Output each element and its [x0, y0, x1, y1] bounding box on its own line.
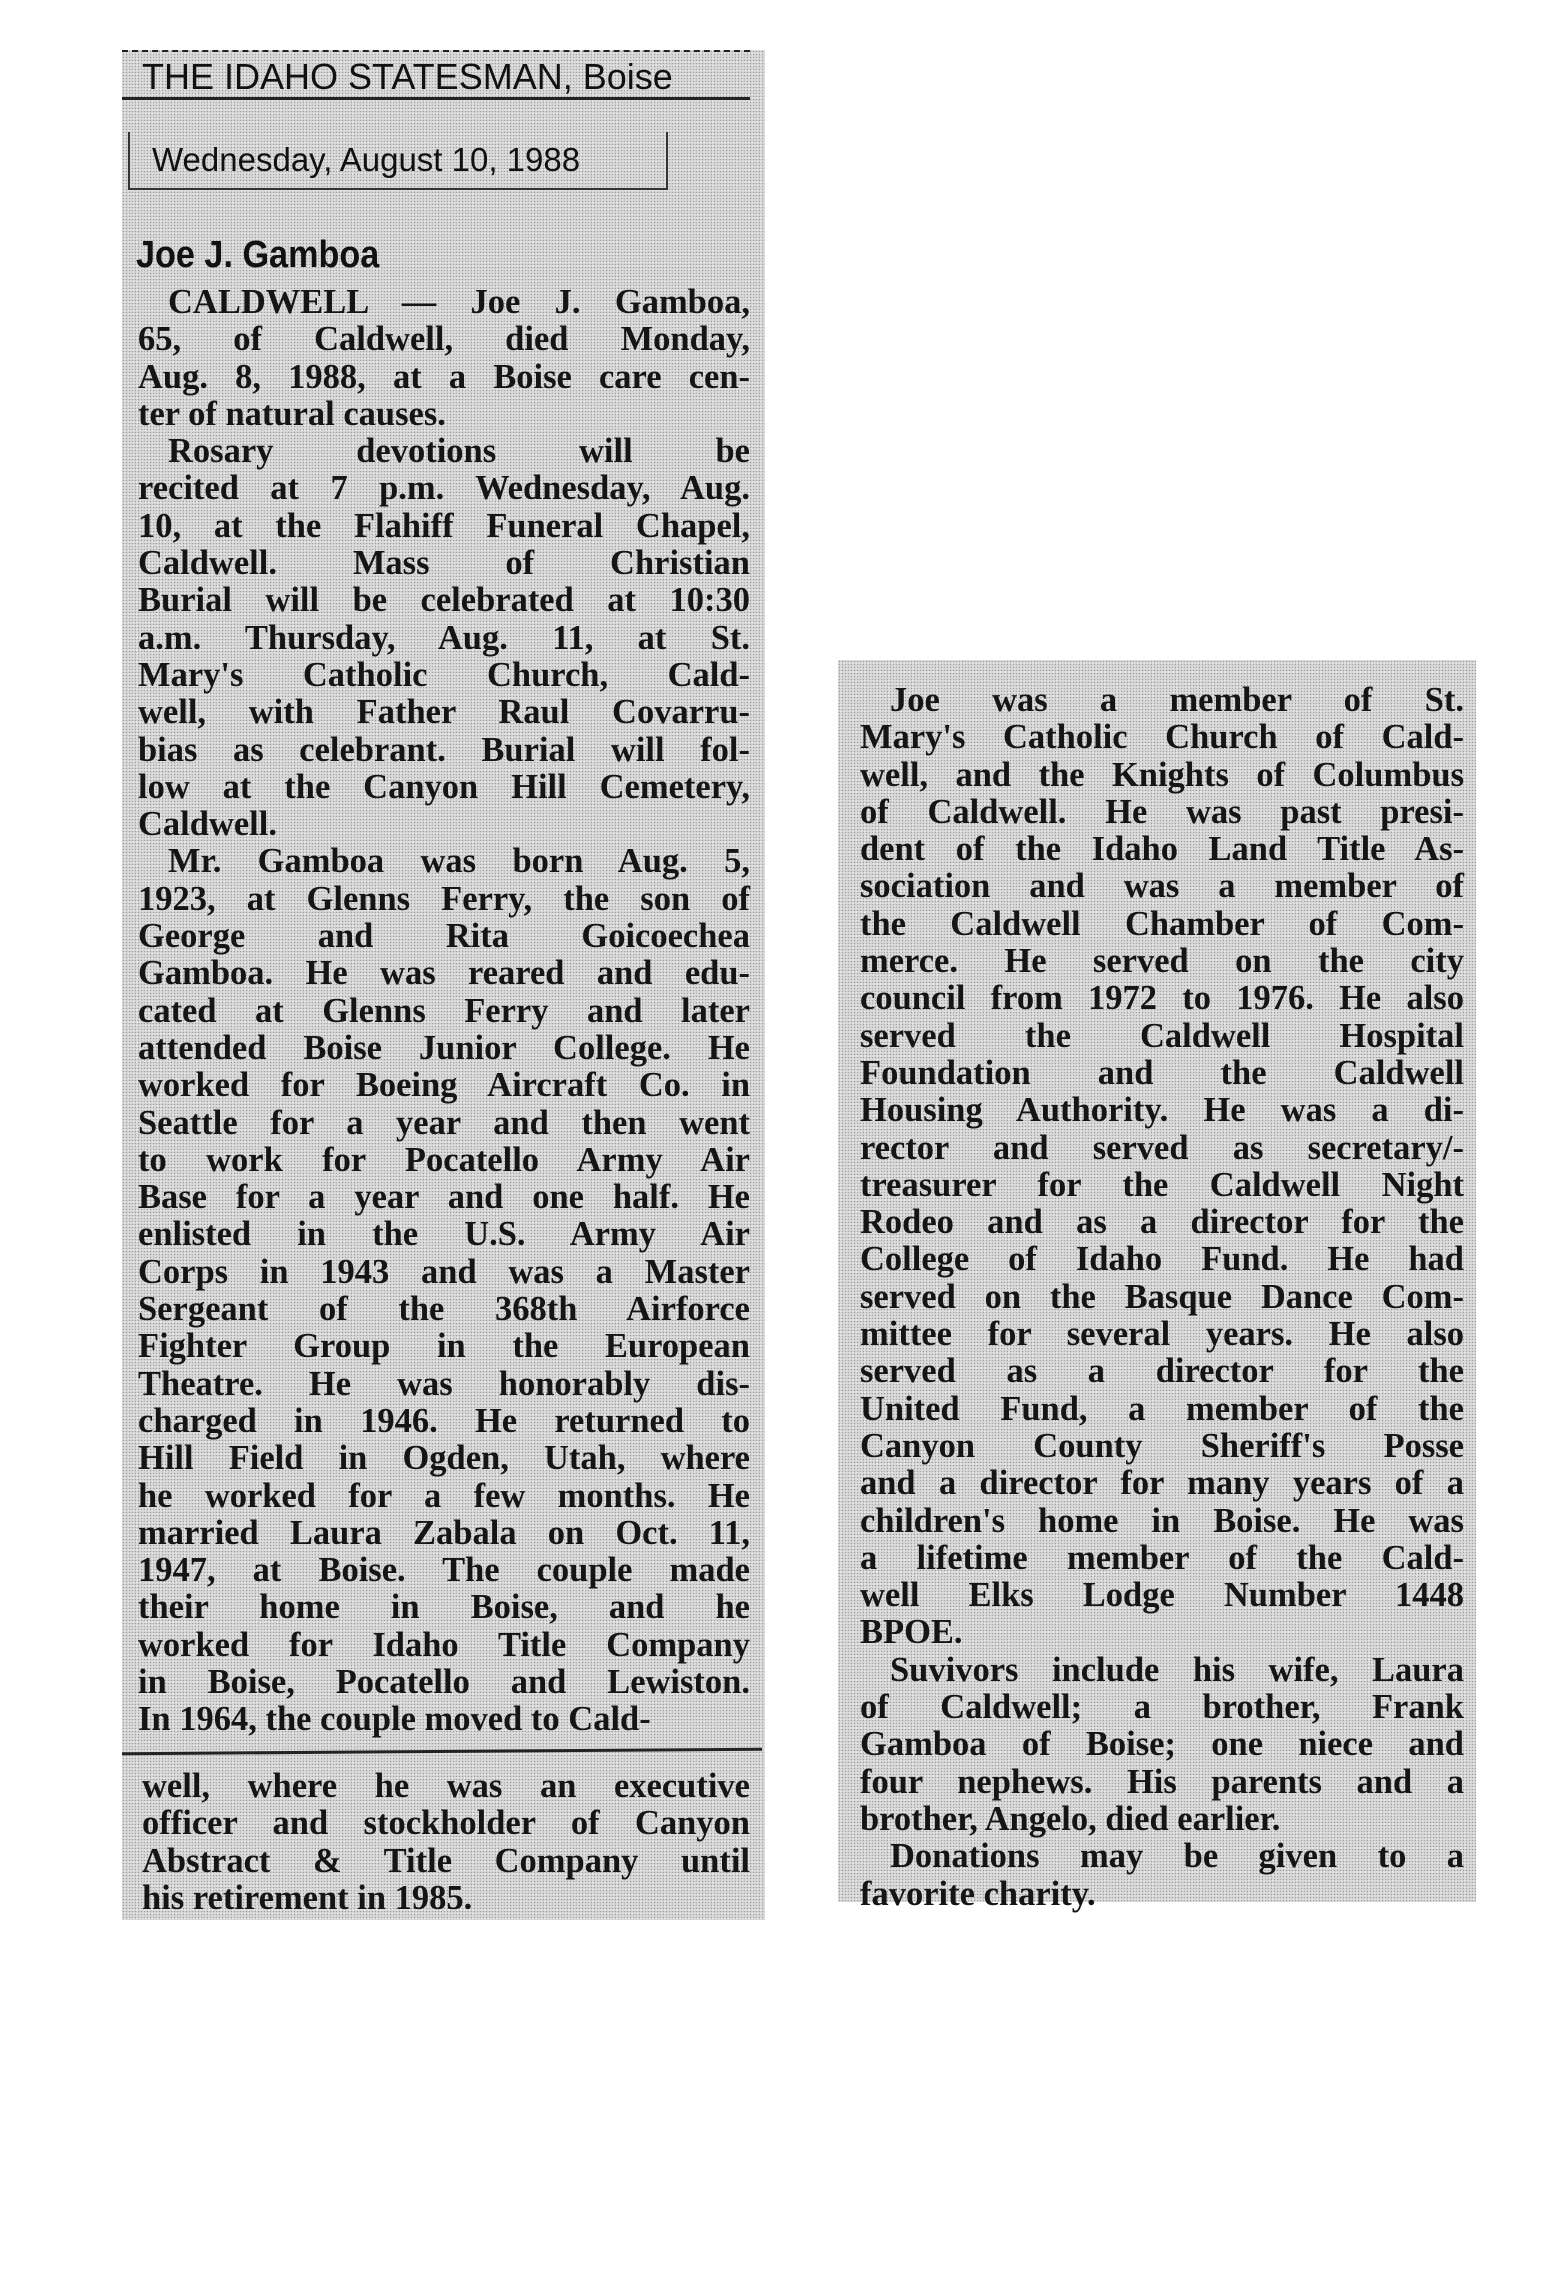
- text-line: Theatre. He was honorably dis-: [138, 1366, 750, 1403]
- text-line: CALDWELL — Joe J. Gamboa,: [138, 284, 750, 321]
- text-line: Gamboa. He was reared and edu-: [138, 955, 750, 992]
- text-line: enlisted in the U.S. Army Air: [138, 1216, 750, 1253]
- text-line: George and Rita Goicoechea: [138, 918, 750, 955]
- text-line: Rosary devotions will be: [138, 433, 750, 470]
- paragraph: Mr. Gamboa was born Aug. 5,1923, at Glen…: [138, 843, 750, 1738]
- text-line: Rodeo and as a director for the: [860, 1204, 1464, 1241]
- text-line: merce. He served on the city: [860, 943, 1464, 980]
- text-line: BPOE.: [860, 1614, 1464, 1651]
- text-line: served on the Basque Dance Com-: [860, 1279, 1464, 1316]
- paragraph: Donations may be given to afavorite char…: [860, 1838, 1464, 1913]
- text-line: sociation and was a member of: [860, 868, 1464, 905]
- obituary-body-left: CALDWELL — Joe J. Gamboa,65, of Caldwell…: [138, 284, 750, 1739]
- obituary-headline: Joe J. Gamboa: [136, 230, 379, 280]
- text-line: treasurer for the Caldwell Night: [860, 1167, 1464, 1204]
- text-line: 10, at the Flahiff Funeral Chapel,: [138, 508, 750, 545]
- text-line: their home in Boise, and he: [138, 1589, 750, 1626]
- text-line: ter of natural causes.: [138, 396, 750, 433]
- obituary-body-left-continuation: well, where he was an executiveofficer a…: [142, 1768, 750, 1917]
- text-line: Hill Field in Ogden, Utah, where: [138, 1440, 750, 1477]
- text-line: mittee for several years. He also: [860, 1316, 1464, 1353]
- paragraph: Joe was a member of St.Mary's Catholic C…: [860, 682, 1464, 1652]
- text-line: children's home in Boise. He was: [860, 1503, 1464, 1540]
- text-line: Gamboa of Boise; one niece and: [860, 1726, 1464, 1763]
- publication-date: Wednesday, August 10, 1988: [128, 132, 668, 190]
- text-line: 1947, at Boise. The couple made: [138, 1552, 750, 1589]
- text-line: a.m. Thursday, Aug. 11, at St.: [138, 620, 750, 657]
- paragraph: CALDWELL — Joe J. Gamboa,65, of Caldwell…: [138, 284, 750, 433]
- text-line: Caldwell.: [138, 806, 750, 843]
- text-line: Base for a year and one half. He: [138, 1179, 750, 1216]
- text-line: his retirement in 1985.: [142, 1880, 750, 1917]
- text-line: Foundation and the Caldwell: [860, 1055, 1464, 1092]
- text-line: in Boise, Pocatello and Lewiston.: [138, 1664, 750, 1701]
- text-line: Aug. 8, 1988, at a Boise care cen-: [138, 359, 750, 396]
- text-line: 1923, at Glenns Ferry, the son of: [138, 881, 750, 918]
- text-line: Burial will be celebrated at 10:30: [138, 582, 750, 619]
- text-line: Mr. Gamboa was born Aug. 5,: [138, 843, 750, 880]
- text-line: Mary's Catholic Church, Cald-: [138, 657, 750, 694]
- text-line: cated at Glenns Ferry and later: [138, 993, 750, 1030]
- text-line: officer and stockholder of Canyon: [142, 1805, 750, 1842]
- text-line: College of Idaho Fund. He had: [860, 1241, 1464, 1278]
- text-line: well Elks Lodge Number 1448: [860, 1577, 1464, 1614]
- text-line: Corps in 1943 and was a Master: [138, 1254, 750, 1291]
- text-line: United Fund, a member of the: [860, 1391, 1464, 1428]
- text-line: dent of the Idaho Land Title As-: [860, 831, 1464, 868]
- text-line: recited at 7 p.m. Wednesday, Aug.: [138, 470, 750, 507]
- text-line: In 1964, the couple moved to Cald-: [138, 1701, 750, 1738]
- text-line: a lifetime member of the Cald-: [860, 1540, 1464, 1577]
- newspaper-masthead: THE IDAHO STATESMAN, Boise: [122, 50, 750, 100]
- text-line: well, and the Knights of Columbus: [860, 757, 1464, 794]
- text-line: charged in 1946. He returned to: [138, 1403, 750, 1440]
- text-line: favorite charity.: [860, 1876, 1464, 1913]
- paragraph: Rosary devotions will berecited at 7 p.m…: [138, 433, 750, 843]
- text-line: bias as celebrant. Burial will fol-: [138, 732, 750, 769]
- text-line: Suvivors include his wife, Laura: [860, 1652, 1464, 1689]
- text-line: well, where he was an executive: [142, 1768, 750, 1805]
- text-line: worked for Idaho Title Company: [138, 1627, 750, 1664]
- text-line: council from 1972 to 1976. He also: [860, 980, 1464, 1017]
- text-line: the Caldwell Chamber of Com-: [860, 906, 1464, 943]
- text-line: rector and served as secretary/-: [860, 1130, 1464, 1167]
- text-line: married Laura Zabala on Oct. 11,: [138, 1515, 750, 1552]
- text-line: low at the Canyon Hill Cemetery,: [138, 769, 750, 806]
- obituary-body-right: Joe was a member of St.Mary's Catholic C…: [860, 682, 1464, 1913]
- text-line: Mary's Catholic Church of Cald-: [860, 719, 1464, 756]
- text-line: Joe was a member of St.: [860, 682, 1464, 719]
- text-line: four nephews. His parents and a: [860, 1764, 1464, 1801]
- text-line: Caldwell. Mass of Christian: [138, 545, 750, 582]
- paragraph: Suvivors include his wife, Lauraof Caldw…: [860, 1652, 1464, 1838]
- text-line: of Caldwell. He was past presi-: [860, 794, 1464, 831]
- text-line: and a director for many years of a: [860, 1465, 1464, 1502]
- text-line: Donations may be given to a: [860, 1838, 1464, 1875]
- clipping-cut-line: [122, 1748, 762, 1755]
- text-line: Sergeant of the 368th Airforce: [138, 1291, 750, 1328]
- text-line: of Caldwell; a brother, Frank: [860, 1689, 1464, 1726]
- text-line: Abstract & Title Company until: [142, 1843, 750, 1880]
- text-line: Housing Authority. He was a di-: [860, 1092, 1464, 1129]
- text-line: attended Boise Junior College. He: [138, 1030, 750, 1067]
- obituary-clipping-left-column: THE IDAHO STATESMAN, Boise Wednesday, Au…: [122, 50, 765, 1920]
- text-line: served as a director for the: [860, 1353, 1464, 1390]
- text-line: he worked for a few months. He: [138, 1478, 750, 1515]
- text-line: served the Caldwell Hospital: [860, 1018, 1464, 1055]
- text-line: Canyon County Sheriff's Posse: [860, 1428, 1464, 1465]
- text-line: 65, of Caldwell, died Monday,: [138, 321, 750, 358]
- text-line: Seattle for a year and then went: [138, 1105, 750, 1142]
- text-line: Fighter Group in the European: [138, 1328, 750, 1365]
- obituary-clipping-right-column: Joe was a member of St.Mary's Catholic C…: [838, 660, 1476, 1902]
- text-line: worked for Boeing Aircraft Co. in: [138, 1067, 750, 1104]
- text-line: well, with Father Raul Covarru-: [138, 694, 750, 731]
- text-line: brother, Angelo, died earlier.: [860, 1801, 1464, 1838]
- text-line: to work for Pocatello Army Air: [138, 1142, 750, 1179]
